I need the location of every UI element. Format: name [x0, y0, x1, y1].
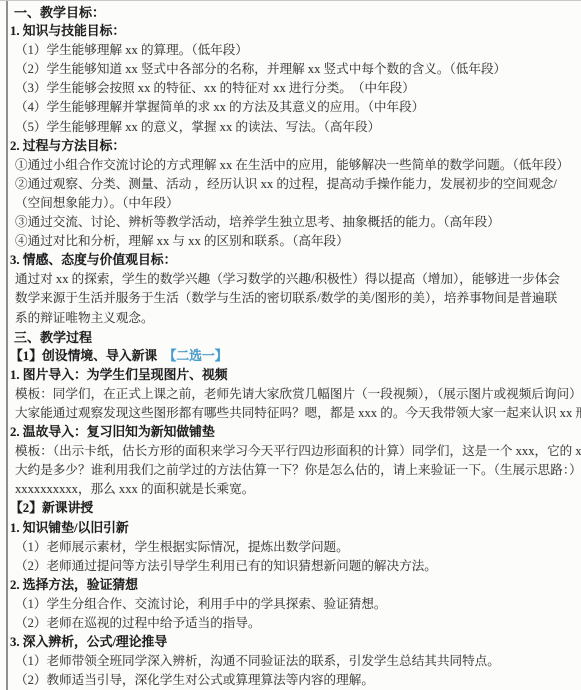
doc-line: 【2】新课讲授	[8, 499, 581, 518]
doc-line: （2）学生能够知道 xx 竖式中各部分的名称，并理解 xx 竖式中每个数的含义。…	[8, 60, 581, 79]
doc-line: （1）学生能够理解 xx 的算理。（低年段）	[8, 41, 581, 60]
doc-line-text: 1. 知识与技能目标：	[10, 24, 125, 38]
doc-line: 通过对 xx 的探索，学生的数学兴趣（学习数学的兴趣/积极性）得以提高（增加），…	[8, 270, 581, 289]
doc-line-text: ③通过交流、讨论、辨析等教学活动，培养学生独立思考、抽象概括的能力。（高年段）	[15, 215, 500, 229]
doc-line: （2）教师适当引导，深化学生对公式或算理算法等内容的理解。	[8, 671, 581, 690]
doc-line-text: 2. 选择方法，验证猜想	[10, 578, 138, 592]
doc-line-text: （5）学生能够理解 xx 的意义，掌握 xx 的读法、写法。（高年段）	[15, 120, 380, 134]
doc-line: （1）老师带领全班同学深入辨析，沟通不同验证法的联系，引发学生总结其共同特点。	[8, 652, 581, 671]
doc-line-text: （2）老师在巡视的过程中给予适当的指导。	[15, 616, 261, 630]
doc-line-text: 模板：（出示卡纸，估长方形的面积来学习今天平行四边形面积的计算）同学们，这是一个…	[15, 444, 581, 458]
doc-line: （2）老师在巡视的过程中给予适当的指导。	[8, 614, 581, 633]
doc-line-text: （4）学生能够理解并掌握简单的求 xx 的方法及其意义的应用。（中年段）	[15, 100, 424, 114]
doc-line: 2. 过程与方法目标：	[8, 137, 581, 156]
document-text-lines: 一、教学目标：1. 知识与技能目标：（1）学生能够理解 xx 的算理。（低年段）…	[8, 3, 581, 690]
doc-line: （3）学生能够会按照 xx 的特征、xx 的特征对 xx 进行分类。 （中年段）	[8, 79, 581, 98]
doc-line-text: （2）老师通过提问等方法引导学生利用已有的知识猜想新问题的解决方法。	[15, 559, 437, 573]
doc-line: 三、教学过程	[8, 328, 581, 347]
doc-line: 数学来源于生活并服务于生活（数学与生活的密切联系/数学的美/图形的美），培养事物…	[8, 289, 581, 308]
doc-line: 1. 图片导入：为学生们呈现图片、视频	[8, 366, 581, 385]
doc-line-text: 【2】新课讲授	[10, 501, 93, 515]
doc-line: 大约是多少？谁利用我们之前学过的方法估算一下？你是怎么估的，请上来验证一下。（生…	[8, 461, 581, 480]
doc-line: 【1】创设情境、导入新课 【二选一】	[8, 347, 581, 366]
doc-line-text: ②通过观察、分类、测量、活动 ，经历认识 xx 的过程，提高动手操作能力，发展初…	[15, 177, 557, 191]
doc-line: （空间想象能力）。（中年段）	[8, 194, 581, 213]
doc-line: （2）老师通过提问等方法引导学生利用已有的知识猜想新问题的解决方法。	[8, 557, 581, 576]
doc-line-text: xxxxxxxxxx，那么 xxx 的面积就是长乘宽。	[15, 482, 254, 496]
doc-line-text: 2. 温故导入：复习旧知为新知做铺垫	[10, 425, 215, 439]
doc-line: 1. 知识铺垫/以旧引新	[8, 519, 581, 538]
doc-line: xxxxxxxxxx，那么 xxx 的面积就是长乘宽。	[8, 480, 581, 499]
doc-line: 2. 选择方法，验证猜想	[8, 576, 581, 595]
doc-line: 2. 温故导入：复习旧知为新知做铺垫	[8, 423, 581, 442]
doc-line-text: ①通过小组合作交流讨论的方式理解 xx 在生活中的应用，能够解决一些简单的数学问…	[15, 158, 569, 172]
doc-line-text: 1. 知识铺垫/以旧引新	[10, 521, 129, 535]
doc-line: 一、教学目标：	[8, 3, 581, 22]
doc-line-text: ④通过对比和分析，理解 xx 与 xx 的区别和联系。（高年段）	[15, 234, 349, 248]
doc-line-text: （1）学生能够理解 xx 的算理。（低年段）	[15, 43, 248, 57]
doc-line: 3. 情感、态度与价值观目标：	[8, 251, 581, 270]
doc-line-text: 2. 过程与方法目标：	[10, 139, 125, 153]
doc-line-text: （1）学生分组合作、交流讨论，利用手中的学具探索、验证猜想。	[15, 597, 387, 611]
doc-line-text: 通过对 xx 的探索，学生的数学兴趣（学习数学的兴趣/积极性）得以提高（增加），…	[15, 272, 560, 286]
doc-line: 系的辩证唯物主义观念。	[8, 309, 581, 328]
doc-line-text: 三、教学过程	[14, 330, 92, 345]
doc-line: 3. 深入辨析，公式/理论推导	[8, 633, 581, 652]
doc-line: ③通过交流、讨论、辨析等教学活动，培养学生独立思考、抽象概括的能力。（高年段）	[8, 213, 581, 232]
doc-line: （1）老师展示素材，学生根据实际情况，提炼出数学问题。	[8, 538, 581, 557]
document-page: 一、教学目标：1. 知识与技能目标：（1）学生能够理解 xx 的算理。（低年段）…	[0, 0, 581, 690]
doc-line-text: 数学来源于生活并服务于生活（数学与生活的密切联系/数学的美/图形的美），培养事物…	[15, 291, 557, 305]
doc-line-text: 大约是多少？谁利用我们之前学过的方法估算一下？你是怎么估的，请上来验证一下。（生…	[15, 463, 581, 477]
doc-line-text: 3. 情感、态度与价值观目标：	[10, 253, 176, 267]
doc-line: （1）学生分组合作、交流讨论，利用手中的学具探索、验证猜想。	[8, 595, 581, 614]
doc-line-text: （1）老师展示素材，学生根据实际情况，提炼出数学问题。	[15, 540, 349, 554]
choose-one-of-two-label: 【二选一】	[170, 349, 228, 363]
doc-line-text: 系的辩证唯物主义观念。	[15, 311, 154, 325]
doc-line-text: （2）学生能够知道 xx 竖式中各部分的名称，并理解 xx 竖式中每个数的含义。…	[15, 62, 506, 76]
doc-line-text: 大家能通过观察发现这些图形都有哪些共同特征吗？嗯，都是 xxx 的。今天我带领大…	[15, 406, 581, 420]
doc-line: 模板：（出示卡纸，估长方形的面积来学习今天平行四边形面积的计算）同学们，这是一个…	[8, 442, 581, 461]
doc-line-text: （2）教师适当引导，深化学生对公式或算理算法等内容的理解。	[15, 673, 374, 687]
doc-line-text: 3. 深入辨析，公式/理论推导	[10, 635, 167, 649]
doc-line: ①通过小组合作交流讨论的方式理解 xx 在生活中的应用，能够解决一些简单的数学问…	[8, 156, 581, 175]
doc-line: （5）学生能够理解 xx 的意义，掌握 xx 的读法、写法。（高年段）	[8, 118, 581, 137]
doc-line-text: （1）老师带领全班同学深入辨析，沟通不同验证法的联系，引发学生总结其共同特点。	[15, 654, 500, 668]
doc-line-text: （3）学生能够会按照 xx 的特征、xx 的特征对 xx 进行分类。 （中年段）	[15, 81, 415, 95]
doc-line: ②通过观察、分类、测量、活动 ，经历认识 xx 的过程，提高动手操作能力，发展初…	[8, 175, 581, 194]
doc-line: （4）学生能够理解并掌握简单的求 xx 的方法及其意义的应用。（中年段）	[8, 98, 581, 117]
doc-line: 1. 知识与技能目标：	[8, 22, 581, 41]
doc-line-text: 一、教学目标：	[14, 5, 105, 20]
doc-line-text: 【1】创设情境、导入新课	[10, 349, 170, 363]
doc-line-text: （空间想象能力）。（中年段）	[15, 196, 179, 210]
doc-line: ④通过对比和分析，理解 xx 与 xx 的区别和联系。（高年段）	[8, 232, 581, 251]
doc-line-text: 1. 图片导入：为学生们呈现图片、视频	[10, 368, 228, 382]
doc-line-text: 模板：同学们，在正式上课之前，老师先请大家欣赏几幅图片（一段视频），（展示图片或…	[15, 387, 581, 401]
doc-line: 模板：同学们，在正式上课之前，老师先请大家欣赏几幅图片（一段视频），（展示图片或…	[8, 385, 581, 404]
doc-line: 大家能通过观察发现这些图形都有哪些共同特征吗？嗯，都是 xxx 的。今天我带领大…	[8, 404, 581, 423]
